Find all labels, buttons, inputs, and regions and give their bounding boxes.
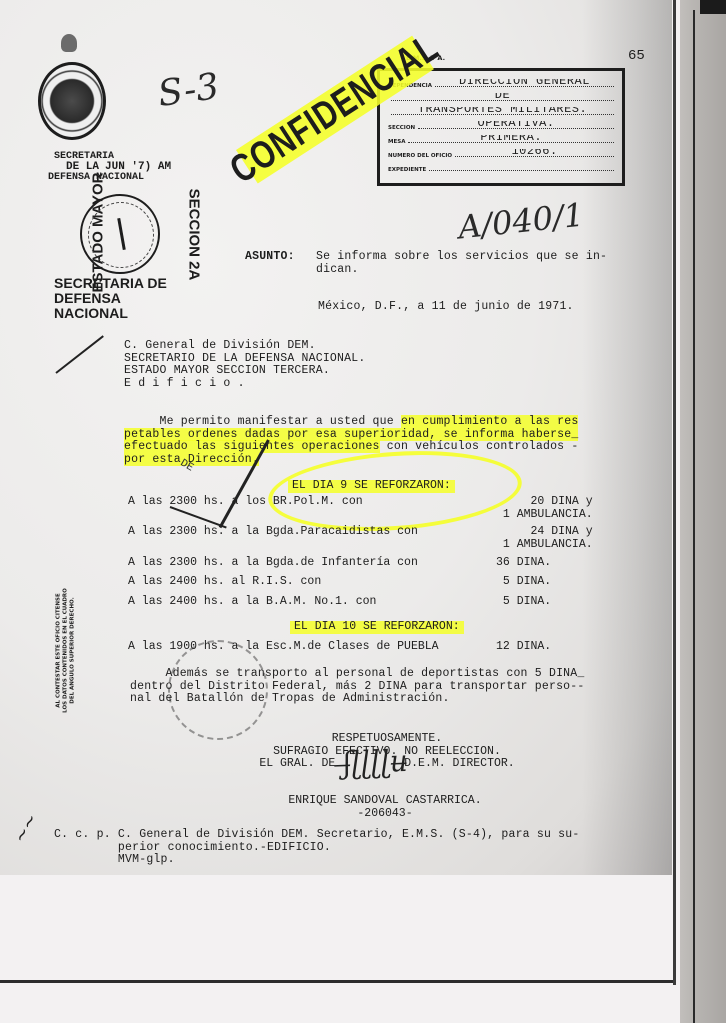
reference-value: 10266. (455, 149, 614, 157)
reference-value: TRANSPORTES MILITARES. (391, 107, 614, 115)
reference-value: DE (391, 93, 614, 101)
reference-label: SECCION (388, 125, 415, 131)
operation-quantity: 12 DINA. (496, 641, 551, 654)
intro-highlight: en cumplimiento a las res (401, 415, 579, 428)
operation-entry: A las 2300 hs. a los BR.Pol.M. con (128, 496, 363, 509)
mexican-coat-of-arms-seal-icon (38, 62, 106, 140)
reference-row: NUMERO DEL OFICIO10266. (388, 149, 614, 163)
clock-hand-icon (117, 218, 126, 250)
reference-value: DIRECCION GENERAL (435, 79, 614, 87)
operation-entry: A las 1900 hs. a la Esc.M.de Clases de P… (128, 641, 439, 654)
operation-quantity: 5 DINA. (496, 596, 551, 609)
signer-name: ENRIQUE SANDOVAL CASTARRICA. -206043- (240, 794, 530, 820)
received-stamp: SECRETARIA DE LA JUN '7) AM DEFENSA NACI… (48, 152, 171, 183)
reference-row: MESAPRIMERA. (388, 135, 614, 149)
operation-entry: A las 2300 hs. a la Bgda.de Infantería c… (128, 557, 418, 570)
reference-row: DE (388, 93, 614, 107)
operation-quantity: 24 DINA y 1 AMBULANCIA. (496, 526, 593, 551)
folder-edge-line (693, 10, 695, 1023)
clock-icon (80, 194, 160, 274)
seal-crown-icon (61, 34, 77, 52)
subject-label: ASUNTO: (245, 251, 295, 264)
clock-stamp-bottom-line1: SECRETARIA DE (54, 276, 192, 291)
operation-quantity: 5 DINA. (496, 576, 551, 589)
underlying-sheet-rule (0, 980, 675, 983)
reference-row: SECCIONOPERATIVA. (388, 121, 614, 135)
reference-label: NUMERO DEL OFICIO (388, 153, 452, 159)
clock-stamp-right-text: SECCION 2A (185, 189, 202, 281)
pen-mark (55, 335, 104, 374)
reference-row: EXPEDIENTE (388, 163, 614, 177)
reference-box: DEPENDENCIADIRECCION GENERAL DE TRANSPOR… (377, 68, 625, 186)
document-page: S-3 A/040/1 SECRETARIA DE LA JUN '7) AM … (0, 0, 672, 875)
operation-entry: A las 2400 hs. a la B.A.M. No.1. con (128, 596, 376, 609)
reference-row: DEPENDENCIADIRECCION GENERAL (388, 79, 614, 93)
addressee: C. General de División DEM. SECRETARIO D… (124, 340, 365, 390)
page-number: 65 (628, 48, 645, 64)
subject-text: Se informa sobre los servicios que se in… (316, 251, 607, 276)
background-shadow (700, 0, 726, 14)
operation-quantity: 36 DINA. (496, 557, 551, 570)
closing-paragraph: Además se transporto al personal de depo… (130, 668, 584, 706)
handwritten-reference: A/040/1 (456, 196, 585, 247)
reference-row: TRANSPORTES MILITARES. (388, 107, 614, 121)
side-note: AL CONTESTAR ESTE OFICIO CITENSE LOS DAT… (56, 541, 77, 761)
operation-entry: A las 2300 hs. a la Bgda.Paracaidistas c… (128, 526, 418, 539)
carbon-copy: C. c. p. C. General de División DEM. Sec… (54, 829, 579, 867)
operation-quantity: 20 DINA y 1 AMBULANCIA. (496, 496, 593, 521)
operation-entry: A las 2400 hs. al R.I.S. con (128, 576, 321, 589)
signature: ʃ̶ɭɭɭɭu̶ (343, 744, 408, 781)
reference-value: OPERATIVA. (418, 121, 614, 129)
intro-highlight: petables ordenes dadas por esa superiori… (124, 428, 578, 441)
day-heading: EL DIA 9 SE REFORZARON: (288, 480, 455, 493)
handwritten-note: S-3 (155, 66, 221, 115)
received-stamp-line3: DEFENSA NACIONAL (48, 173, 171, 183)
reference-label: MESA (388, 139, 405, 145)
intro-text: Me permito manifestar a usted que (124, 415, 401, 428)
intro-highlight: efectuado las siguientes operaciones (124, 440, 380, 453)
underlying-sheet-edge (673, 0, 676, 985)
clock-stamp: ESTADO MAYOR SECCION 2A SECRETARIA DE DE… (52, 188, 192, 318)
day-heading: EL DIA 10 SE REFORZARON: (290, 621, 464, 634)
clock-stamp-bottom-line2: DEFENSA NACIONAL (54, 291, 192, 321)
reference-value: PRIMERA. (408, 135, 614, 143)
place-date: México, D.F., a 11 de junio de 1971. (318, 301, 574, 314)
reference-label: EXPEDIENTE (388, 167, 426, 173)
clock-stamp-bottom: SECRETARIA DE DEFENSA NACIONAL (54, 276, 192, 321)
